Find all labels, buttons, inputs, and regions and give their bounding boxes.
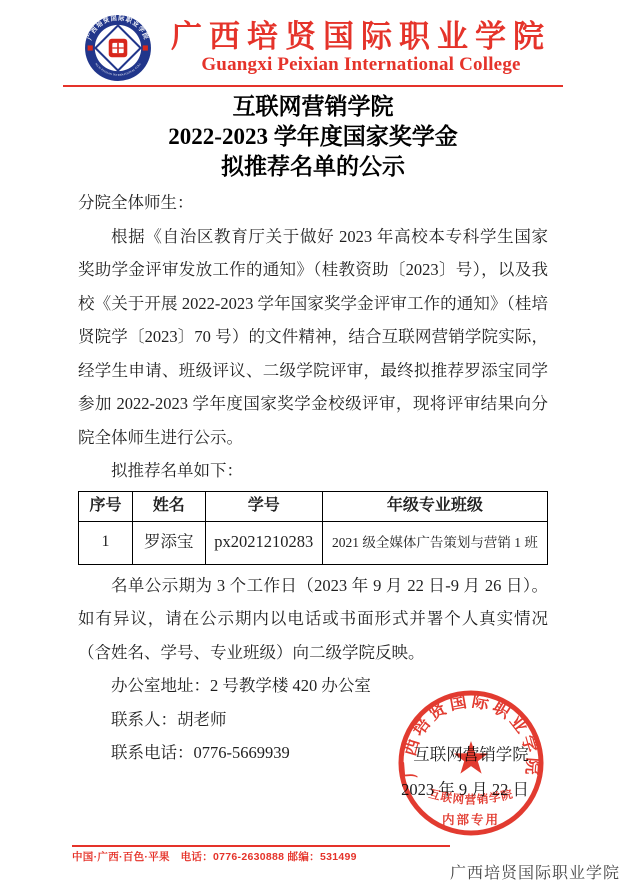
document-body: 分院全体师生： 根据《自治区教育厅关于做好 2023 年高校本专科学生国家奖助学… bbox=[78, 186, 548, 770]
paragraph-publicity-period: 名单公示期为 3 个工作日（2023 年 9 月 22 日-9 月 26 日）。… bbox=[78, 569, 548, 670]
college-emblem-icon: 广西培贤国际职业学院 GUANGXI PEIXIAN INTERNATIONAL… bbox=[84, 14, 152, 82]
document-page: 广西培贤国际职业学院 GUANGXI PEIXIAN INTERNATIONAL… bbox=[0, 0, 626, 891]
cell-student-id: px2021210283 bbox=[205, 521, 322, 564]
col-header-student-id: 学号 bbox=[205, 491, 322, 521]
col-header-class: 年级专业班级 bbox=[322, 491, 547, 521]
footer-college-name: 广西培贤国际职业学院 bbox=[450, 860, 620, 883]
footer-divider bbox=[72, 845, 450, 847]
footer-contact-info: 中国·广西·百色·平果 电话：0776-2630888 邮编：531499 bbox=[72, 849, 357, 864]
greeting: 分院全体师生： bbox=[78, 186, 548, 220]
col-header-name: 姓名 bbox=[132, 491, 205, 521]
table-header-row: 序号 姓名 学号 年级专业班级 bbox=[79, 491, 548, 521]
title-line-3: 拟推荐名单的公示 bbox=[0, 152, 626, 182]
document-title: 互联网营销学院 2022-2023 学年度国家奖学金 拟推荐名单的公示 bbox=[0, 92, 626, 182]
svg-text:互联网营销学院: 互联网营销学院 bbox=[427, 786, 515, 806]
cell-class: 2021 级全媒体广告策划与营销 1 班 bbox=[322, 521, 547, 564]
paragraph-basis: 根据《自治区教育厅关于做好 2023 年高校本专科学生国家奖助学金评审发放工作的… bbox=[78, 220, 548, 455]
cell-serial: 1 bbox=[79, 521, 133, 564]
seal-inner-text: 互联网营销学院 bbox=[427, 786, 515, 806]
seal-internal-use-text: 内部专用 bbox=[442, 812, 500, 827]
title-line-2: 2022-2023 学年度国家奖学金 bbox=[0, 122, 626, 152]
college-name-en: Guangxi Peixian International College bbox=[156, 54, 566, 76]
header-divider bbox=[63, 85, 563, 87]
college-name-zh: 广西培贤国际职业学院 bbox=[156, 20, 566, 54]
college-names: 广西培贤国际职业学院 Guangxi Peixian International… bbox=[156, 20, 566, 76]
title-line-1: 互联网营销学院 bbox=[0, 92, 626, 122]
table-row: 1 罗添宝 px2021210283 2021 级全媒体广告策划与营销 1 班 bbox=[79, 521, 548, 564]
nominee-table: 序号 姓名 学号 年级专业班级 1 罗添宝 px2021210283 2021 … bbox=[78, 491, 548, 565]
letterhead: 广西培贤国际职业学院 GUANGXI PEIXIAN INTERNATIONAL… bbox=[84, 14, 566, 82]
list-intro: 拟推荐名单如下： bbox=[78, 454, 548, 488]
official-seal-icon: 广西培贤国际职业学院 互联网营销学院 内部专用 bbox=[391, 683, 551, 843]
seal-star-icon bbox=[454, 741, 488, 774]
cell-name: 罗添宝 bbox=[132, 521, 205, 564]
col-header-serial: 序号 bbox=[79, 491, 133, 521]
